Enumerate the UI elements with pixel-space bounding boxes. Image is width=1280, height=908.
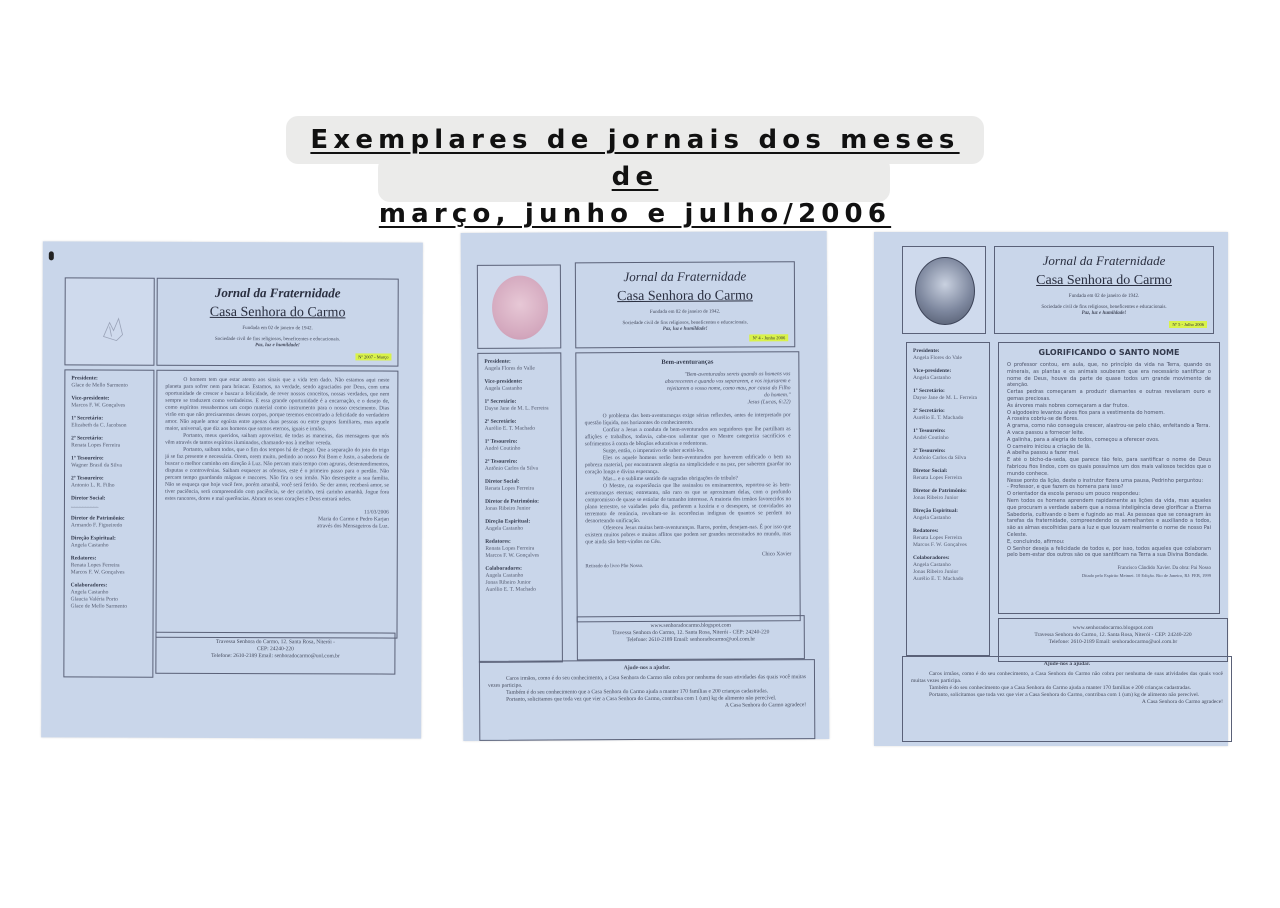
- motto: Paz, luz e humildade!: [576, 326, 794, 332]
- article-paragraph: Nesse ponto da lição, deste o instrutor …: [1007, 478, 1211, 485]
- article-title: GLORIFICANDO O SANTO NOME: [1007, 349, 1211, 356]
- help-box: Ajude-nos a ajudar. Caros irmãos, como é…: [479, 659, 815, 741]
- edition-badge: Nº 5 - Julho 2006: [1169, 321, 1207, 328]
- edition-badge: Nº 2007 - Março: [355, 353, 391, 360]
- article-paragraph: O orientador da escola pensou um pouco r…: [1007, 491, 1211, 498]
- board-sidebar: Presidente:Angela Flores do ValeVice-pre…: [906, 342, 990, 656]
- madonna-medallion-icon: [915, 257, 975, 325]
- board-member-name: Marcos F. W. Gonçalves: [71, 569, 147, 576]
- article-source: Ditado pelo Espírito Meimei. 10 Edição. …: [1007, 572, 1211, 579]
- board-role: 1º Secretário:: [913, 388, 983, 395]
- article: O homem tem que estar atento aos sinais …: [155, 370, 398, 639]
- article-paragraph: O homem tem que estar atento aos sinais …: [165, 377, 389, 434]
- footer-contact: Telefone: 2610-2189 Email: senhoradocarm…: [1003, 639, 1223, 646]
- board-member-name: Jonas Ribeiro Junior: [485, 505, 555, 512]
- article-paragraph: A vaca passou a fornecer leite.: [1007, 430, 1211, 437]
- founded-text: Fundada em 02 de janeiro de 1942.: [158, 326, 398, 333]
- faded-logo-icon: [65, 278, 153, 364]
- article-signature: através dos Mensageiros da Luz.: [165, 523, 389, 531]
- article: Bem-aventuranças "Bem-aventurados sereis…: [575, 351, 800, 622]
- article-paragraph: O problema das bem-aventuranças exige sé…: [585, 412, 791, 427]
- article-paragraph: O carneiro iniciou a criação de lã.: [1007, 444, 1211, 451]
- board-role: 2º Secretário:: [913, 408, 983, 415]
- board-member-name: Angela Castanho: [913, 562, 983, 569]
- board-role: Vice-presidente:: [913, 368, 983, 375]
- board-member-name: Aurélio E. T. Machado: [486, 586, 556, 593]
- edition-badge: Nº 4 - Junho 2006: [750, 334, 789, 341]
- article-paragraph: Nem todos os homens aprendem rapidamente…: [1007, 498, 1211, 539]
- motto: Paz, luz e humildade!: [995, 311, 1213, 316]
- masthead: Jornal da Fraternidade Casa Senhora do C…: [156, 278, 398, 367]
- article-paragraph: Certas pedras começaram a produzir diama…: [1007, 389, 1211, 403]
- help-paragraph: Também é do seu conhecimento que a Casa …: [911, 685, 1223, 692]
- board-member-name: Armando F. Figueiredo: [71, 522, 147, 529]
- board-role: Diretor Social:: [913, 468, 983, 475]
- board-member-name: Antônio Carlos da Silva: [485, 465, 555, 472]
- board-member-name: Marcos F. W. Gonçalves: [913, 542, 983, 549]
- board-role: 2º Tesoureiro:: [913, 448, 983, 455]
- article-paragraph: - Professor, e que fazem os homens para …: [1007, 484, 1211, 491]
- article-source: Retirado do livro Pão Nosso.: [585, 562, 791, 570]
- article-paragraph: Portanto, saibam todos, que o fim dos te…: [165, 447, 389, 504]
- newspaper-name: Jornal da Fraternidade: [158, 285, 398, 302]
- article-signature: Chico Xavier: [585, 551, 791, 559]
- board-member-name: Marcos F. W. Gonçalves: [485, 552, 555, 559]
- board-member-name: Aurélio E. T. Machado: [913, 415, 983, 422]
- masthead: Jornal da Fraternidade Casa Senhora do C…: [994, 246, 1214, 334]
- board-member-name: Glace de Mello Sarmento: [71, 603, 147, 610]
- board-member-name: Dayse Jane de M. L. Ferreira: [913, 395, 983, 402]
- footer-address: Travessa Senhora do Carmo, 12. Santa Ros…: [1003, 632, 1223, 639]
- board-member-name: Angela Castanho: [71, 542, 147, 549]
- board-member-name: Jonas Ribeiro Junior: [913, 495, 983, 502]
- newspaper-july: Jornal da Fraternidade Casa Senhora do C…: [874, 232, 1228, 746]
- help-paragraph: Caros irmãos, como é do seu conhecimento…: [911, 671, 1223, 685]
- board-member-name: Renata Lopes Ferreira: [913, 475, 983, 482]
- board-member-name: Antônio Carlos da Silva: [913, 455, 983, 462]
- motto: Paz, luz e humildade!: [157, 343, 397, 349]
- article-paragraph: O algodoeiro levantou alvos fios para a …: [1007, 410, 1211, 417]
- article-paragraph: Confiar a Jesus a conduta de bem-aventur…: [585, 426, 791, 448]
- institution-name: Casa Senhora do Carmo: [576, 288, 794, 305]
- article-signature: Francisco Cândido Xavier. Da obra: Pai N…: [1007, 565, 1211, 572]
- board-member-name: Angela Castanho: [484, 385, 554, 392]
- board-member-name: __________: [71, 502, 147, 509]
- board-sidebar: Presidente:Angela Flores do ValleVice-pr…: [477, 352, 563, 662]
- board-member-name: Aurélio E. T. Machado: [913, 576, 983, 583]
- article-paragraph: O Senhor deseja a felicidade de todos e,…: [1007, 546, 1211, 560]
- masthead: Jornal da Fraternidade Casa Senhora do C…: [575, 261, 795, 348]
- logo-box: [902, 246, 986, 334]
- board-member-name: Angela Castanho: [485, 525, 555, 532]
- help-title: Ajude-nos a ajudar.: [488, 664, 806, 673]
- board-member-name: Jonas Ribeiro Junior: [913, 569, 983, 576]
- board-member-name: Angela Castanho: [913, 515, 983, 522]
- board-member-name: Renata Lopes Ferreira: [71, 442, 147, 449]
- page-title-line2: março, junho e julho/2006: [379, 199, 891, 229]
- board-member-name: Elizabeth da C. Jacobson: [71, 422, 147, 429]
- board-role: Redatores:: [913, 528, 983, 535]
- board-role: Presidente:: [913, 348, 983, 355]
- footer: www.senhoradocarmo.blogspot.com Travessa…: [577, 615, 805, 660]
- article-paragraph: E, concluindo, afirmou:: [1007, 539, 1211, 546]
- article-paragraph: As árvores mais nobres começaram a dar f…: [1007, 403, 1211, 410]
- article-paragraph: Eles os aquele homens serão bem-aventura…: [585, 454, 791, 476]
- institution-name: Casa Senhora do Carmo: [995, 273, 1213, 289]
- board-member-name: Glace de Mello Sarmento: [71, 382, 147, 389]
- article-paragraph: E até o bicho-da-seda, que parece tão fe…: [1007, 457, 1211, 477]
- founded-text: Fundada em 02 de janeiro de 1942.: [995, 294, 1213, 300]
- newspaper-name: Jornal da Fraternidade: [995, 253, 1213, 269]
- board-member-name: Antonio L. R. Filho: [71, 482, 147, 489]
- board-member-name: Dayse Jane de M. L. Ferreira: [485, 405, 555, 412]
- page-title-line1: Exemplares de jornais dos meses de: [310, 125, 959, 192]
- article-paragraph: A grama, como não conseguia crescer, ala…: [1007, 423, 1211, 430]
- footer-website: www.senhoradocarmo.blogspot.com: [1003, 625, 1223, 632]
- article-paragraph: Portanto, meus queridos, saibam aproveit…: [165, 433, 389, 448]
- institution-name: Casa Senhora do Carmo: [158, 305, 398, 322]
- board-role: 1º Tesoureiro:: [913, 428, 983, 435]
- help-title: Ajude-nos a ajudar.: [911, 661, 1223, 668]
- help-paragraph: Portanto, solicitamos que toda vez que v…: [911, 692, 1223, 699]
- article: GLORIFICANDO O SANTO NOME O professor co…: [998, 342, 1220, 614]
- board-role: Colaboradores:: [913, 555, 983, 562]
- article-paragraph: O Mestre, na experiência que lhe assinal…: [585, 482, 791, 525]
- footer-contact: Telefone: 2610-2189 Email: senhoradocarm…: [582, 636, 800, 644]
- article-paragraph: Ofereceu Jesus muitas bem-aventuranças. …: [585, 524, 791, 546]
- board-role: Diretor de Patrimônio:: [913, 488, 983, 495]
- board-member-name: André Coutinho: [485, 445, 555, 452]
- founded-text: Fundada em 02 de janeiro de 1942.: [576, 309, 794, 316]
- madonna-medallion-icon: [492, 276, 548, 340]
- ink-mark: [49, 251, 54, 260]
- board-member-name: Angela Flores do Valle: [484, 365, 554, 372]
- article-quote: "Bem-aventurados sereis quando os homens…: [664, 371, 790, 400]
- newspaper-june: Jornal da Fraternidade Casa Senhora do C…: [461, 231, 830, 741]
- board-sidebar: Presidente:Glace de Mello SarmentoVice-p…: [63, 369, 154, 677]
- board-member-name: Angela Flores do Vale: [913, 355, 983, 362]
- board-member-name: Marcos F. W. Gonçalves: [71, 402, 147, 409]
- board-member-name: Aurélio E. T. Machado: [485, 425, 555, 432]
- page-title-box: Exemplares de jornais dos meses de março…: [286, 116, 984, 202]
- logo-box: [64, 277, 154, 365]
- article-paragraph: A roseira cobriu-se de flores.: [1007, 416, 1211, 423]
- newspaper-march: Jornal da Fraternidade Casa Senhora do C…: [41, 241, 423, 738]
- help-box: Ajude-nos a ajudar. Caros irmãos, como é…: [902, 656, 1232, 742]
- board-member-name: Renata Lopes Ferreira: [485, 485, 555, 492]
- board-member-name: André Coutinho: [913, 435, 983, 442]
- footer-contact: Telefone: 2610-2189 Email: senhoradocarm…: [160, 653, 390, 661]
- board-member-name: Wagner Brasil da Silva: [71, 462, 147, 469]
- page-title: Exemplares de jornais dos meses de março…: [286, 122, 984, 233]
- article-title: Bem-aventuranças: [584, 358, 790, 366]
- article-paragraph: O professor contou, em aula, que, no pri…: [1007, 362, 1211, 389]
- help-thanks: A Casa Senhora do Carmo agradece!: [911, 699, 1223, 706]
- logo-box: [477, 264, 561, 348]
- footer: Travessa Senhora do Carmo, 12. Santa Ros…: [155, 632, 395, 675]
- article-paragraph: A galinha, para a alegria de todos, come…: [1007, 437, 1211, 444]
- quote-reference: Jesus (Lucas, 6:22): [665, 399, 791, 407]
- board-role: Direção Espiritual:: [913, 508, 983, 515]
- board-member-name: Renata Lopes Ferreira: [913, 535, 983, 542]
- board-member-name: Angela Castanho: [913, 375, 983, 382]
- newspaper-name: Jornal da Fraternidade: [576, 268, 794, 285]
